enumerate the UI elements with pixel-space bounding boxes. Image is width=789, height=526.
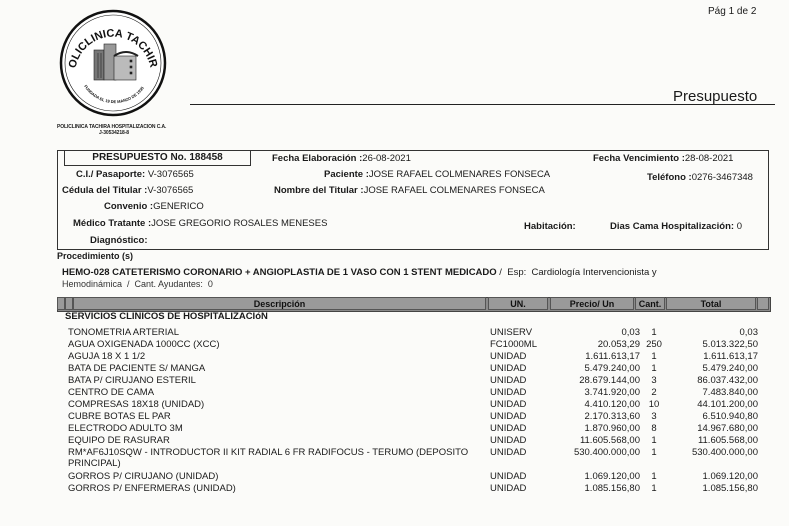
- item-description: COMPRESAS 18X18 (UNIDAD): [68, 399, 488, 410]
- telefono-label: Teléfono :: [647, 172, 692, 183]
- nombre-titular: Nombre del Titular :JOSE RAFAEL COLMENAR…: [274, 185, 545, 196]
- item-unit: UNIDAD: [490, 423, 560, 434]
- cedula-titular-value: V-3076565: [147, 185, 193, 196]
- item-unit-price: 11.605.568,00: [560, 435, 640, 446]
- convenio-label: Convenio :: [104, 201, 153, 212]
- item-description: CENTRO DE CAMA: [68, 387, 488, 398]
- item-total: 14.967.680,00: [665, 423, 758, 434]
- item-unit-price: 1.085.156,80: [560, 483, 640, 494]
- item-unit: UNIDAD: [490, 447, 560, 458]
- item-quantity: 3: [643, 375, 665, 386]
- item-unit: UNIDAD: [490, 483, 560, 494]
- medico-label: Médico Tratante :: [73, 218, 151, 229]
- procedure-line: HEMO-028 CATETERISMO CORONARIO + ANGIOPL…: [62, 267, 657, 278]
- item-unit: UNIDAD: [490, 387, 560, 398]
- item-quantity: 1: [643, 471, 665, 482]
- item-quantity: 1: [643, 435, 665, 446]
- item-unit-price: 20.053,29: [560, 339, 640, 350]
- item-quantity: 1: [643, 483, 665, 494]
- item-unit-price: 1.870.960,00: [560, 423, 640, 434]
- item-total: 1.611.613,17: [665, 351, 758, 362]
- ci-pasaporte: C.I./ Pasaporte: V-3076565: [76, 169, 194, 180]
- item-unit-price: 530.400.000,00: [560, 447, 640, 458]
- item-unit: UNIDAD: [490, 363, 560, 374]
- dias-cama-value: 0: [737, 221, 742, 232]
- item-description: GORROS P/ CIRUJANO (UNIDAD): [68, 471, 488, 482]
- item-quantity: 2: [643, 387, 665, 398]
- nombre-titular-value: JOSE RAFAEL COLMENARES FONSECA: [364, 185, 545, 196]
- budget-number: PRESUPUESTO No. 188458: [64, 150, 251, 166]
- specialty-continued: Hemodinámica: [62, 279, 122, 289]
- convenio: Convenio :GENERICO: [104, 201, 204, 212]
- item-total: 44.101.200,00: [665, 399, 758, 410]
- fecha-elaboracion-value: 26-08-2021: [362, 153, 411, 164]
- item-quantity: 1: [643, 363, 665, 374]
- item-quantity: 1: [643, 447, 665, 458]
- clinic-logo: POLICLINICA TACHIRA FUNDADA EL 19 DE MAR…: [58, 8, 168, 118]
- item-quantity: 10: [643, 399, 665, 410]
- medico-tratante: Médico Tratante :JOSE GREGORIO ROSALES M…: [73, 218, 327, 229]
- item-unit-price: 28.679.144,00: [560, 375, 640, 386]
- fecha-vencimiento-label: Fecha Vencimiento :: [593, 153, 685, 164]
- convenio-value: GENERICO: [153, 201, 204, 212]
- item-total: 6.510.940,80: [665, 411, 758, 422]
- item-unit-price: 4.410.120,00: [560, 399, 640, 410]
- item-unit-price: 1.069.120,00: [560, 471, 640, 482]
- item-description: EQUIPO DE RASURAR: [68, 435, 488, 446]
- fecha-vencimiento: Fecha Vencimiento :28-08-2021: [593, 153, 733, 164]
- habitacion: Habitación:: [524, 221, 576, 232]
- item-description: GORROS P/ ENFERMERAS (UNIDAD): [68, 483, 488, 494]
- item-total: 1.085.156,80: [665, 483, 758, 494]
- company-rif: J-30534218-8: [57, 130, 197, 136]
- dias-cama-label: Dias Cama Hospitalización:: [610, 221, 734, 232]
- title-divider: [190, 104, 775, 105]
- item-description: CUBRE BOTAS EL PAR: [68, 411, 488, 422]
- telefono-value: 0276-3467348: [692, 172, 753, 183]
- item-description: AGUJA 18 X 1 1/2: [68, 351, 488, 362]
- item-quantity: 1: [643, 327, 665, 338]
- item-description: TONOMETRIA ARTERIAL: [68, 327, 488, 338]
- medico-value: JOSE GREGORIO ROSALES MENESES: [151, 218, 327, 229]
- diagnostico: Diagnóstico:: [90, 235, 148, 246]
- fecha-elaboracion: Fecha Elaboración :26-08-2021: [272, 153, 411, 164]
- table-section-title: SERVICIOS CLINICOS DE HOSPITALIZACIóN: [65, 311, 268, 322]
- telefono: Teléfono :0276-3467348: [647, 172, 753, 183]
- specialty-value: Cardiología Intervencionista y: [532, 267, 657, 278]
- item-unit: UNIDAD: [490, 411, 560, 422]
- paciente-label: Paciente :: [324, 169, 369, 180]
- page-indicator: Pág 1 de 2: [708, 6, 756, 17]
- column-header-un: UN.: [488, 297, 548, 310]
- procedure-section-label: Procedimiento (s): [57, 251, 133, 261]
- nombre-titular-label: Nombre del Titular :: [274, 185, 364, 196]
- item-total: 5.479.240,00: [665, 363, 758, 374]
- item-quantity: 8: [643, 423, 665, 434]
- paciente: Paciente :JOSE RAFAEL COLMENARES FONSECA: [324, 169, 550, 180]
- item-unit: FC1000ML: [490, 339, 560, 350]
- item-unit: UNIDAD: [490, 399, 560, 410]
- item-description: AGUA OXIGENADA 1000CC (XCC): [68, 339, 488, 350]
- paciente-value: JOSE RAFAEL COLMENARES FONSECA: [369, 169, 550, 180]
- column-header-precio: Precio/ Un: [550, 297, 634, 310]
- fecha-vencimiento-value: 28-08-2021: [685, 153, 734, 164]
- item-unit: UNISERV: [490, 327, 560, 338]
- cedula-titular: Cédula del Titular :V-3076565: [62, 185, 193, 196]
- item-quantity: 3: [643, 411, 665, 422]
- item-quantity: 250: [643, 339, 665, 350]
- column-header-total: Total: [666, 297, 756, 310]
- item-unit-price: 0,03: [560, 327, 640, 338]
- item-description: ELECTRODO ADULTO 3M: [68, 423, 488, 434]
- item-description: BATA DE PACIENTE S/ MANGA: [68, 363, 488, 374]
- specialty-prefix: / Esp:: [497, 267, 532, 278]
- item-total: 5.013.322,50: [665, 339, 758, 350]
- ci-value: V-3076565: [148, 169, 194, 180]
- item-total: 0,03: [665, 327, 758, 338]
- item-unit: UNIDAD: [490, 351, 560, 362]
- item-unit-price: 3.741.920,00: [560, 387, 640, 398]
- item-unit: UNIDAD: [490, 471, 560, 482]
- ci-label: C.I./ Pasaporte:: [76, 169, 145, 180]
- cedula-titular-label: Cédula del Titular :: [62, 185, 147, 196]
- fecha-elaboracion-label: Fecha Elaboración :: [272, 153, 362, 164]
- table-header-spacer: [57, 297, 65, 310]
- table-header-spacer: [757, 297, 769, 310]
- item-total: 1.069.120,00: [665, 471, 758, 482]
- item-unit-price: 2.170.313,60: [560, 411, 640, 422]
- document-title: Presupuesto: [673, 88, 757, 105]
- diagnostico-label: Diagnóstico:: [90, 235, 148, 246]
- column-header-descripcion: Descripción: [73, 297, 486, 310]
- item-description: RM*AF6J10SQW - INTRODUCTOR II KIT RADIAL…: [68, 447, 488, 469]
- procedure-name: HEMO-028 CATETERISMO CORONARIO + ANGIOPL…: [62, 267, 497, 278]
- item-total: 11.605.568,00: [665, 435, 758, 446]
- item-total: 86.037.432,00: [665, 375, 758, 386]
- item-total: 530.400.000,00: [665, 447, 758, 458]
- item-quantity: 1: [643, 351, 665, 362]
- item-unit-price: 1.611.613,17: [560, 351, 640, 362]
- column-header-cant: Cant.: [635, 297, 665, 310]
- procedure-subline: Hemodinámica / Cant. Ayudantes: 0: [62, 279, 213, 289]
- ayudantes-count: / Cant. Ayudantes: 0: [122, 279, 213, 289]
- table-header-spacer: [65, 297, 73, 310]
- item-unit: UNIDAD: [490, 435, 560, 446]
- habitacion-label: Habitación:: [524, 221, 576, 232]
- item-description: BATA P/ CIRUJANO ESTERIL: [68, 375, 488, 386]
- item-total: 7.483.840,00: [665, 387, 758, 398]
- company-name: POLICLINICA TACHIRA HOSPITALIZACION C.A.…: [57, 124, 197, 136]
- dias-cama: Dias Cama Hospitalización: 0: [610, 221, 742, 232]
- item-unit-price: 5.479.240,00: [560, 363, 640, 374]
- item-unit: UNIDAD: [490, 375, 560, 386]
